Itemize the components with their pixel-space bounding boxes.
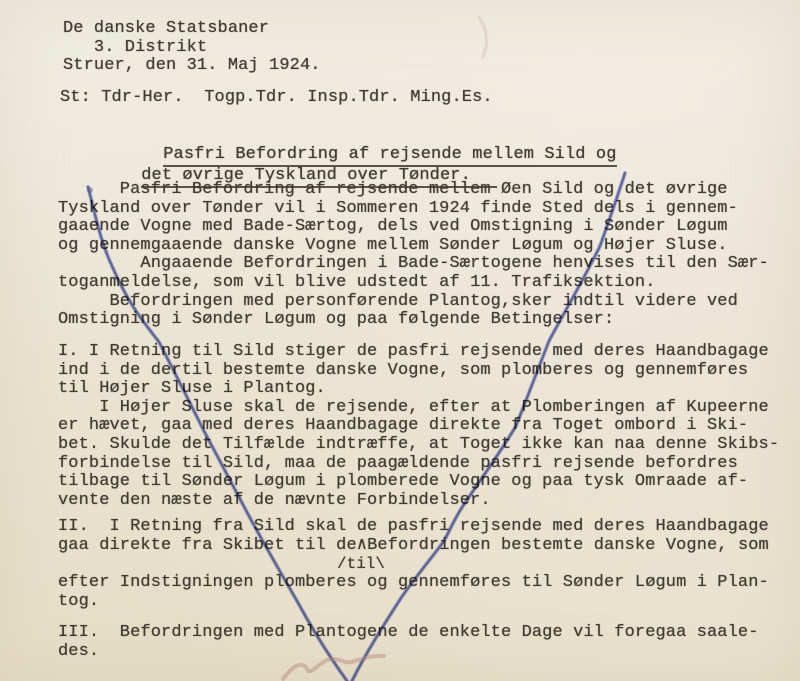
intro-paragraph: Pasfri Befordring af rejsende mellem Øen…	[58, 181, 769, 330]
text-line: tog.	[58, 593, 769, 612]
place-date-line: Struer, den 31. Maj 1924.	[63, 57, 321, 76]
section-2-part-2: efter Indstigningen plomberes og gennemf…	[58, 574, 769, 611]
text-line: og gennemgaaende danske Vogne mellem Søn…	[58, 237, 769, 256]
text-line: gaaende Vogne med Bade-Særtog, dels ved …	[58, 218, 769, 237]
text-line: vente den næste af de nævnte Forbindelse…	[58, 492, 779, 511]
text-line: III. Befordringen med Plantogene de enke…	[58, 624, 759, 643]
document-page: De danske Statsbaner 3. Distrikt Struer,…	[0, 0, 800, 681]
letterhead: De danske Statsbaner 3. Distrikt Struer,…	[63, 20, 321, 76]
text-line: toganmeldelse, som vil blive udstedt af …	[58, 274, 769, 293]
text-line: forbindelse til Sild, maa de paagældende…	[58, 455, 779, 474]
text-line: gaa direkte fra Skibet til de∧Befordring…	[58, 537, 769, 556]
sender-name: De danske Statsbaner	[63, 20, 321, 39]
text-line: ind i de dertil bestemte danske Vogne, s…	[58, 362, 779, 381]
text-line: bet. Skulde det Tilfælde indtræffe, at T…	[58, 436, 779, 455]
typed-insertion-til: /til\	[337, 555, 385, 573]
text-line: efter Indstigningen plomberes og gennemf…	[58, 574, 769, 593]
text-line: Pasfri Befordring af rejsende mellem Øen…	[58, 181, 769, 200]
section-1: I. I Retning til Sild stiger de pasfri r…	[58, 343, 779, 510]
section-2-part-1: II. I Retning fra Sild skal de pasfri re…	[58, 518, 769, 555]
section-3: III. Befordringen med Plantogene de enke…	[58, 624, 759, 661]
text-line: Tyskland over Tønder vil i Sommeren 1924…	[58, 200, 769, 219]
distribution-block: St: Tdr-Her. Togp.Tdr. Insp.Tdr. Ming.Es…	[60, 89, 493, 108]
text-line: II. I Retning fra Sild skal de pasfri re…	[58, 518, 769, 537]
text-line: Omstigning i Sønder Løgum og paa følgend…	[58, 311, 769, 330]
text-line: I Højer Sluse skal de rejsende, efter at…	[58, 399, 779, 418]
text-line: Angaaende Befordringen i Bade-Særtogene …	[58, 255, 769, 274]
text-line: Befordringen med personførende Plantog,s…	[58, 293, 769, 312]
text-line: I. I Retning til Sild stiger de pasfri r…	[58, 343, 779, 362]
pink-faint-mark-top	[479, 17, 486, 57]
text-line: er hævet, gaa med deres Haandbagage dire…	[58, 417, 779, 436]
text-line: tilbage til Sønder Løgum i plomberede Vo…	[58, 473, 779, 492]
text-line: des.	[58, 643, 759, 662]
sender-district: 3. Distrikt	[63, 39, 321, 58]
text-line: til Højer Sluse i Plantog.	[58, 380, 779, 399]
distribution-line: St: Tdr-Her. Togp.Tdr. Insp.Tdr. Ming.Es…	[60, 89, 493, 108]
